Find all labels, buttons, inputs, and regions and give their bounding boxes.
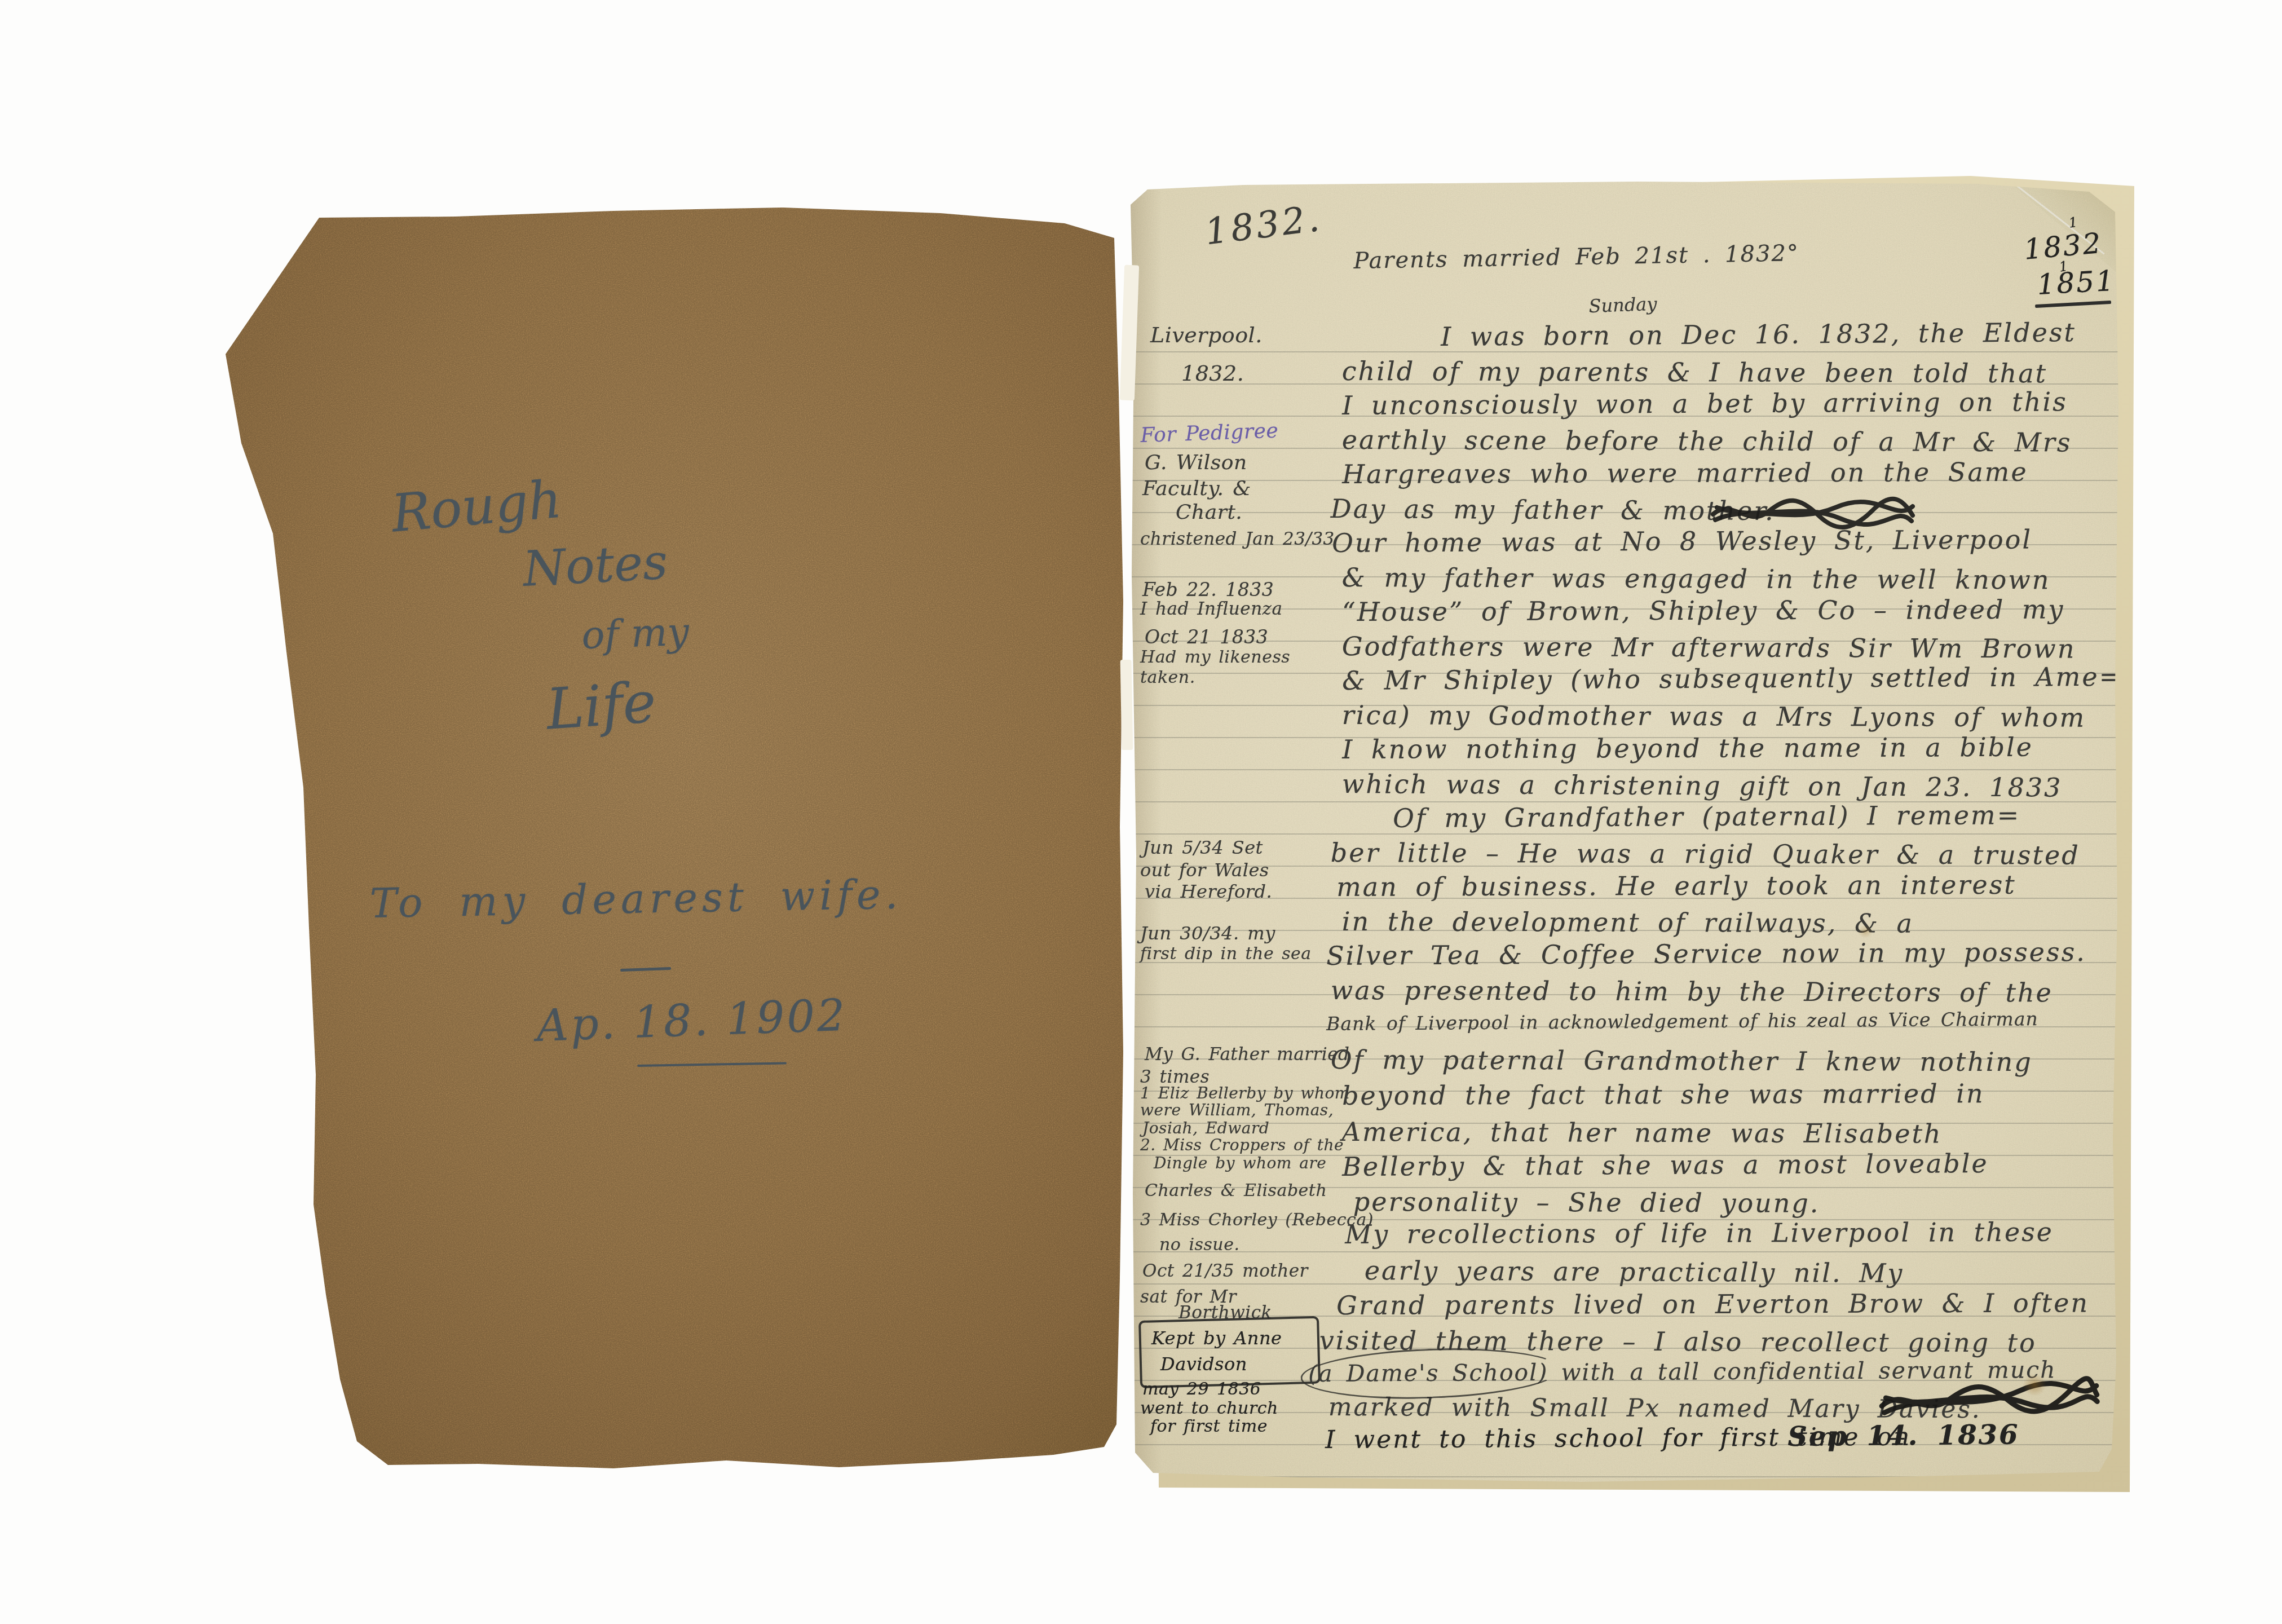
body-line: early years are practically nil. My — [1365, 1255, 1904, 1288]
ink-stain — [2023, 1374, 2046, 1396]
notebook-cover: Rough Notes of my Life To my dearest wif… — [219, 206, 1125, 1474]
header-year-top-left: 1832. — [1203, 198, 1325, 254]
margin-note-first-dip: first dip in the sea — [1140, 944, 1312, 964]
margin-note-charles-elisabeth: Charles & Elisabeth — [1145, 1181, 1327, 1201]
margin-note-g-wilson: G. Wilson — [1145, 451, 1247, 474]
body-line: Grand parents lived on Everton Brow & I … — [1336, 1287, 2089, 1321]
cover-title-line: Life — [544, 669, 658, 742]
margin-note-first-time: for first time — [1150, 1416, 1268, 1436]
kept-by-anne-box — [1138, 1316, 1321, 1388]
body-line: was presented to him by the Directors of… — [1331, 975, 2053, 1008]
margin-note-dingle: Dingle by whom are — [1154, 1154, 1326, 1172]
body-line: man of business. He early took an intere… — [1336, 870, 2016, 902]
body-line: personality – She died young. — [1353, 1186, 1820, 1219]
cover-title-line: Rough — [389, 469, 564, 544]
body-line: which was a christening gift on Jan 23. … — [1342, 769, 2063, 803]
margin-note-jun-5-34: Jun 5/34 Set — [1142, 837, 1263, 858]
margin-note-liverpool: Liverpool. — [1150, 323, 1263, 347]
body-line: earthly scene before the child of a Mr &… — [1342, 425, 2072, 458]
margin-note-gfather-married: My G. Father married — [1145, 1044, 1349, 1065]
cover-title-line: Notes — [522, 534, 669, 598]
body-line: Our home was at No 8 Wesley St, Liverpoo… — [1332, 524, 2032, 558]
margin-note-1832: 1832. — [1181, 361, 1244, 386]
cover-date-underline — [637, 1062, 787, 1067]
cover-title-line: of my — [581, 610, 690, 658]
scribbled-out-text — [1709, 493, 1917, 532]
margin-note-oct-21-1833: Oct 21 1833 — [1145, 626, 1268, 648]
margin-note-josiah-edward: Josiah, Edward — [1142, 1119, 1269, 1137]
margin-note-no-issue: no issue. — [1159, 1235, 1239, 1255]
body-line: ber little – He was a rigid Quaker & a t… — [1331, 837, 2080, 871]
margin-note-chart: Chart. — [1176, 501, 1242, 524]
margin-note-for-pedigree: For Pedigree — [1140, 419, 1279, 447]
margin-note-davidson: Davidson — [1160, 1353, 1247, 1375]
body-line: I know nothing beyond the name in a bibl… — [1342, 732, 2033, 765]
body-line: I was born on Dec 16. 1832, the Eldest — [1441, 317, 2076, 352]
body-line: My recollections of life in Liverpool in… — [1345, 1217, 2054, 1250]
body-line: beyond the fact that she was married in — [1342, 1078, 1985, 1111]
body-line: Bellerby & that she was a most loveable — [1342, 1148, 1989, 1182]
cover-dedication: To my dearest wife. — [369, 871, 903, 927]
margin-note-jun-30-34: Jun 30/34. my — [1140, 923, 1275, 944]
margin-note-likeness: Had my likeness — [1140, 647, 1290, 667]
margin-note-miss-croppers: 2. Miss Croppers of the — [1140, 1136, 1344, 1154]
margin-note-may-29-1836: may 29 1836 — [1142, 1379, 1261, 1399]
margin-note-taken: taken. — [1140, 668, 1195, 687]
body-line: Hargreaves who were married on the Same — [1342, 457, 2028, 489]
margin-note-faculty: Faculty. & — [1142, 477, 1251, 500]
inserted-day-note: Sunday — [1588, 293, 1657, 317]
margin-note-kept-by-anne: Kept by Anne — [1151, 1327, 1282, 1349]
header-year-range-bottom: 1851 — [2036, 264, 2116, 301]
margin-note-via-hereford: via Hereford. — [1145, 881, 1272, 902]
body-line: rica) my Godmother was a Mrs Lyons of wh… — [1342, 700, 2086, 733]
margin-note-oct-21-35: Oct 21/35 mother — [1142, 1261, 1308, 1281]
margin-note-went-to-church: went to church — [1140, 1398, 1278, 1418]
paper-stain — [1858, 925, 1873, 938]
cover-dash — [620, 967, 671, 972]
margin-note-christened: christened Jan 23/33 — [1140, 529, 1335, 549]
body-line: & Mr Shipley (who subsequently settled i… — [1342, 661, 2118, 696]
cover-date: Ap. 18. 1902 — [536, 990, 848, 1052]
torn-paper-edge — [1120, 660, 1133, 750]
margin-note-out-for-wales: out for Wales — [1140, 859, 1269, 881]
margin-note-influenza: I had Influenza — [1140, 599, 1282, 619]
body-line: “House” of Brown, Shipley & Co – indeed … — [1342, 594, 2065, 627]
manuscript-photo: Rough Notes of my Life To my dearest wif… — [0, 0, 2282, 1624]
body-line: child of my parents & I have been told t… — [1342, 356, 2047, 389]
body-line: Silver Tea & Coffee Service now in my po… — [1326, 937, 2086, 971]
body-line: America, that her name was Elisabeth — [1342, 1116, 1943, 1149]
paper-texture — [219, 206, 1125, 1474]
body-line: Godfathers were Mr afterwards Sir Wm Bro… — [1342, 631, 2076, 664]
margin-note-were-william: were William, Thomas, — [1140, 1101, 1334, 1119]
margin-note-feb-22-1833: Feb 22. 1833 — [1142, 579, 1274, 601]
body-line: in the development of railways, & a — [1342, 906, 1914, 939]
header-title: Parents married Feb 21st . 1832° — [1353, 240, 1799, 274]
year-range-underline — [2035, 301, 2111, 308]
body-line: I unconsciously won a bet by arriving on… — [1342, 386, 2068, 421]
body-line: & my father was engaged in the well know… — [1342, 562, 2051, 595]
margin-note-miss-chorley: 3 Miss Chorley (Rebecca) — [1140, 1210, 1374, 1230]
body-line: Of my paternal Grandmother I knew nothin… — [1331, 1044, 2033, 1077]
body-line: Of my Grandfather (paternal) I remem= — [1393, 800, 2020, 833]
margin-note-eliz-bellerby: 1 Eliz Bellerby by whom — [1140, 1084, 1350, 1102]
notebook-page: 1832. Parents married Feb 21st . 1832° 1… — [1131, 179, 2118, 1486]
